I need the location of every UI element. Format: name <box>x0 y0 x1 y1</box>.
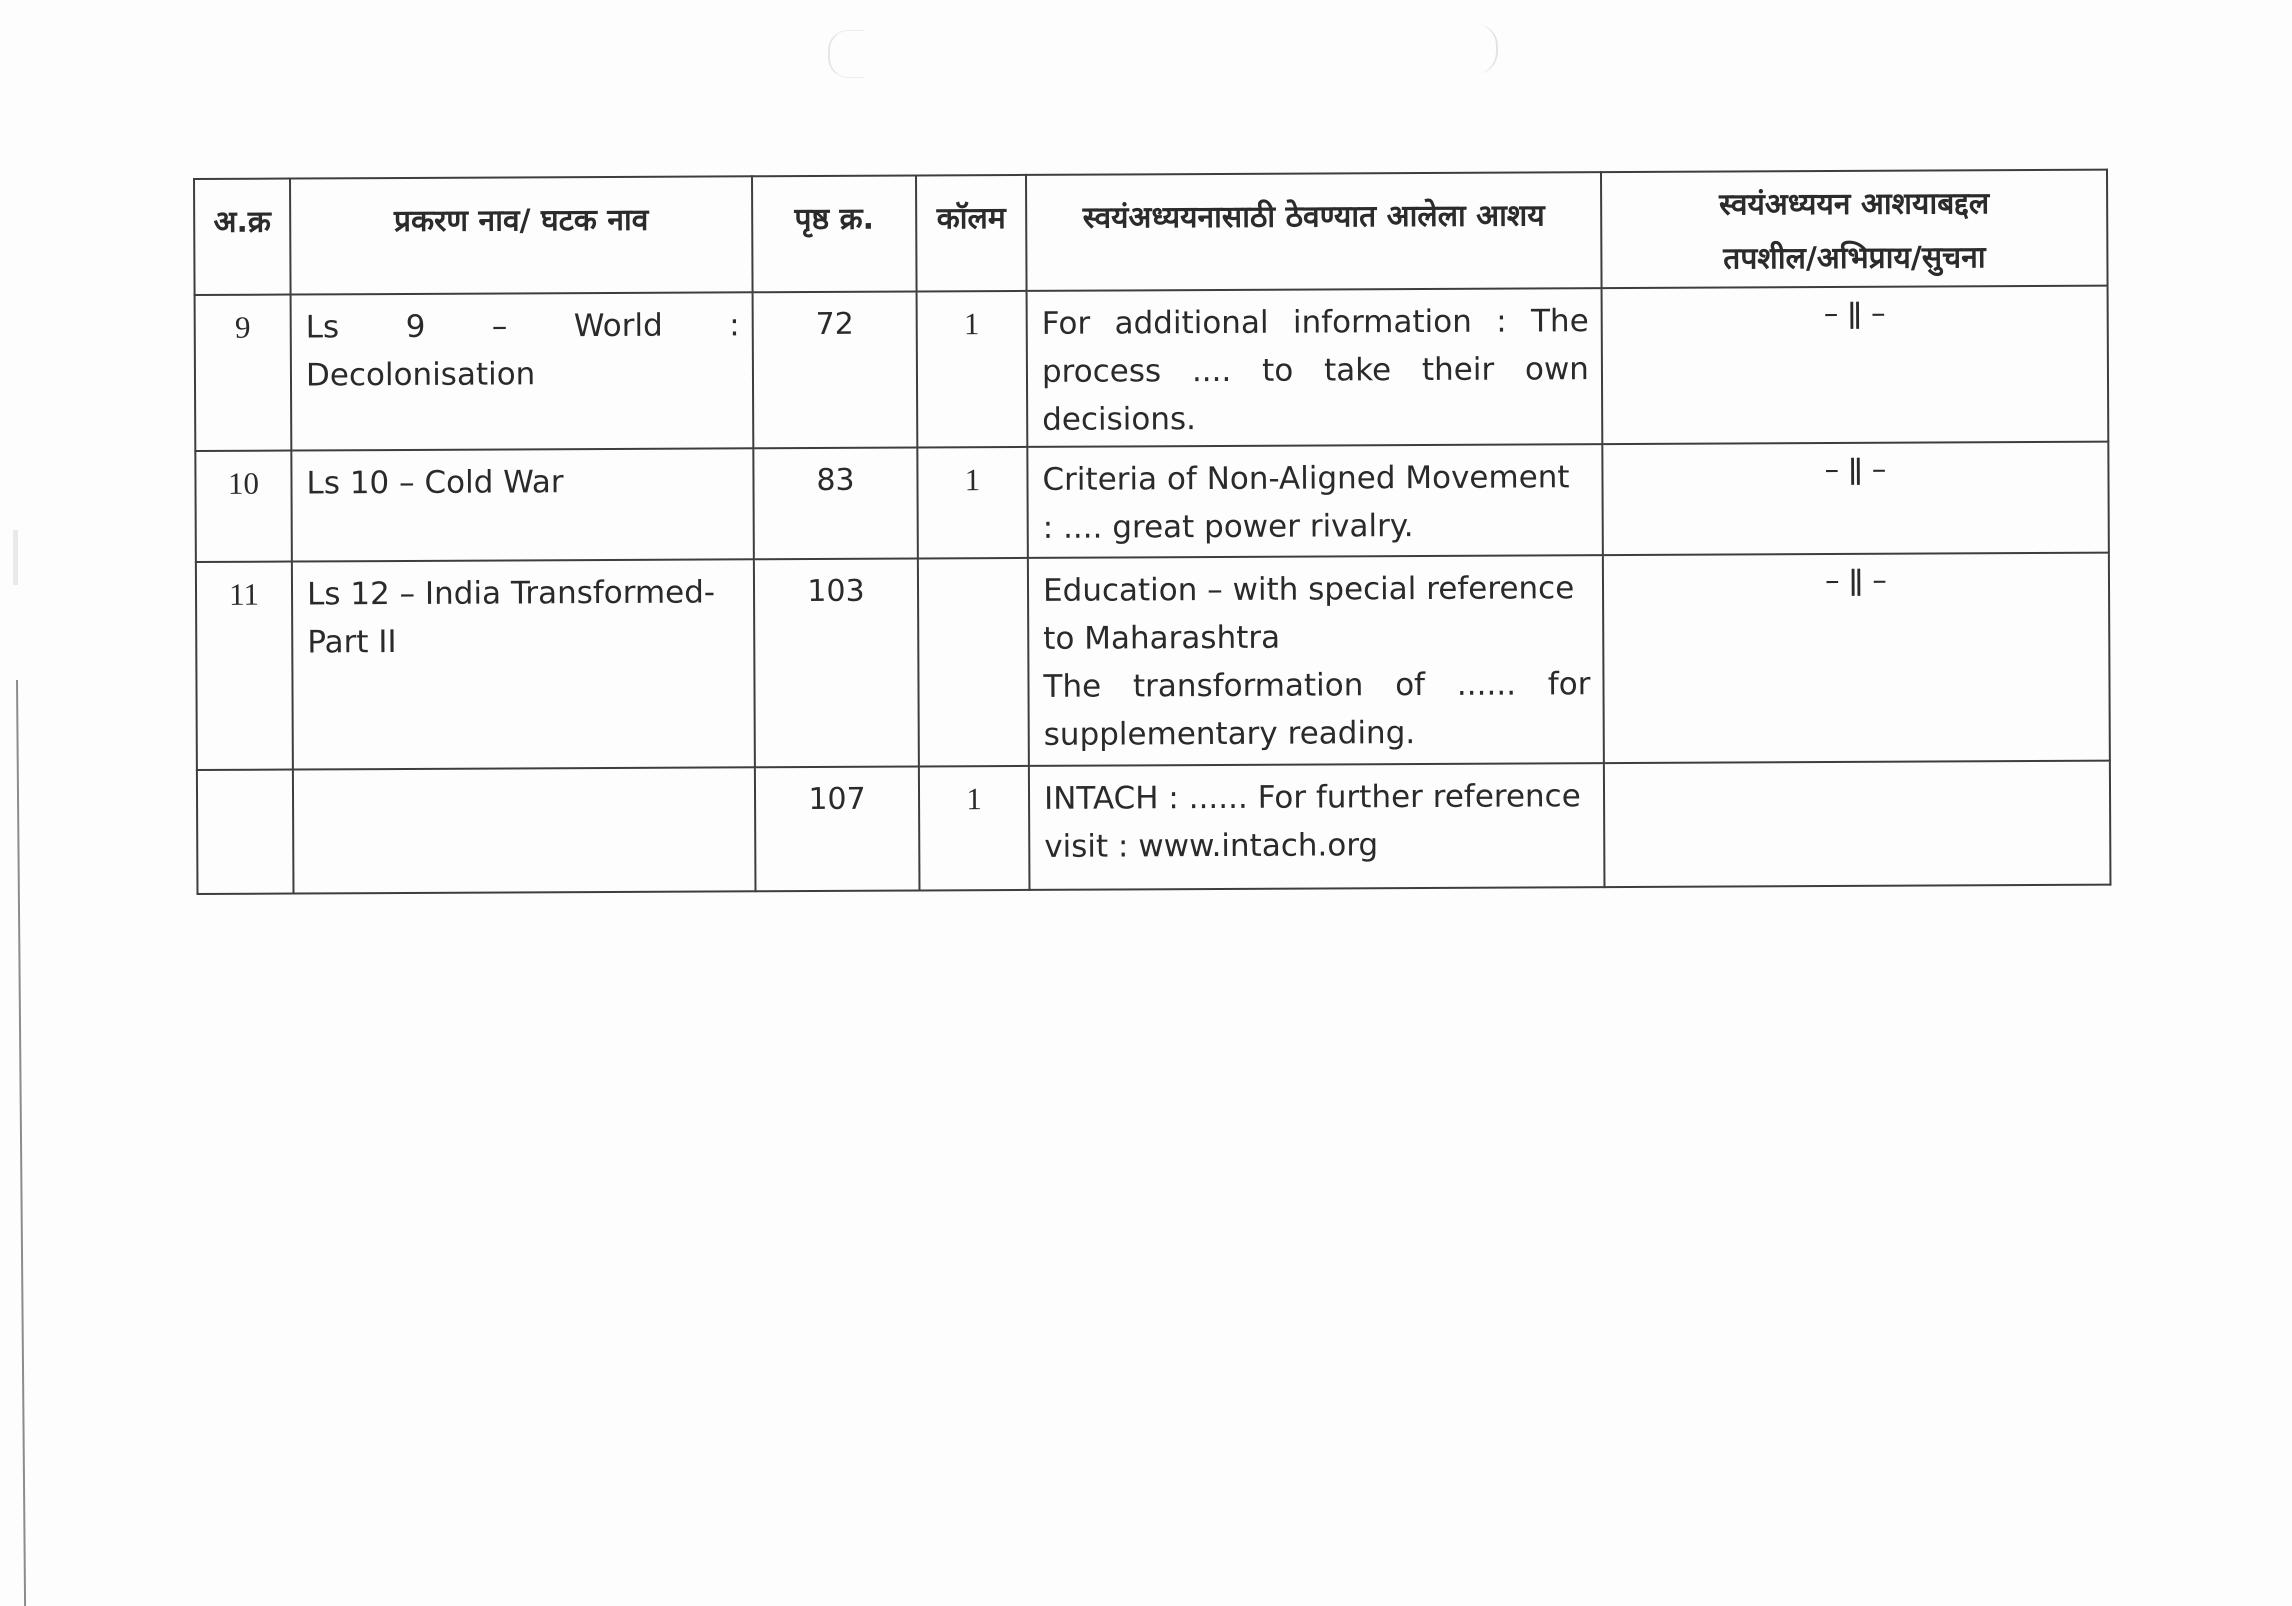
word: – <box>492 302 508 350</box>
word: additional <box>1114 299 1268 348</box>
word: For <box>1042 300 1091 348</box>
cell-chapter-name: Ls 12 – India Transformed- Part II <box>292 559 755 769</box>
header-column: कॉलम <box>916 175 1027 292</box>
cell-column: 1 <box>919 766 1030 891</box>
cell-self-study-content: Education – with special reference to Ma… <box>1028 555 1604 766</box>
scan-artifact <box>13 530 18 585</box>
content-line: to Maharashtra <box>1043 612 1590 663</box>
table-row: 10 Ls 10 – Cold War 83 1 Criteria of Non… <box>195 442 2109 562</box>
cell-page-no: 83 <box>753 447 918 559</box>
cell-page-no: 72 <box>753 291 918 448</box>
word: of <box>1395 661 1425 709</box>
word: The <box>1043 663 1101 711</box>
word: : <box>1496 298 1507 346</box>
table-header-row: अ.क्र प्रकरण नाव/ घटक नाव पृष्ठ क्र. कॉल… <box>194 170 2108 295</box>
header-chapter-name: प्रकरण नाव/ घटक नाव <box>290 176 753 294</box>
cell-page-no: 103 <box>754 558 919 767</box>
content-line: INTACH : ...... For further reference <box>1044 772 1591 823</box>
word: for <box>1548 660 1591 708</box>
cell-column <box>918 558 1029 767</box>
self-study-content-table: अ.क्र प्रकरण नाव/ घटक नाव पृष्ठ क्र. कॉल… <box>193 169 2111 895</box>
cell-remark <box>1604 761 2111 887</box>
table-row: 11 Ls 12 – India Transformed- Part II 10… <box>196 553 2110 770</box>
chapter-line: Ls 12 – India Transformed- <box>307 568 741 618</box>
content-line: Criteria of Non-Aligned Movement <box>1042 453 1589 504</box>
content-line: process .... to take their own <box>1042 345 1589 396</box>
content-line: supplementary reading. <box>1044 708 1591 759</box>
word: Ls <box>306 303 340 351</box>
cell-remark: – ǁ – <box>1602 286 2109 444</box>
cell-chapter-name: Ls 9 – World : Decolonisation <box>291 292 754 450</box>
content-line: Education – with special reference <box>1043 564 1590 615</box>
word: process <box>1042 347 1161 396</box>
header-self-study-content: स्वयंअध्ययनासाठी ठेवण्यात आलेला आशय <box>1026 172 1602 291</box>
cell-self-study-content: Criteria of Non-Aligned Movement : .... … <box>1027 444 1603 558</box>
word: The <box>1531 297 1589 345</box>
word: their <box>1422 346 1494 394</box>
header-page-no: पृष्ठ क्र. <box>752 175 917 292</box>
scan-punch-hole-mark-right <box>1468 24 1498 74</box>
cell-chapter-name: Ls 10 – Cold War <box>291 448 754 561</box>
cell-serial <box>197 770 294 894</box>
cell-self-study-content: For additional information : The process… <box>1027 288 1603 447</box>
content-line: For additional information : The <box>1042 297 1589 348</box>
content-line: decisions. <box>1042 393 1589 444</box>
word: 9 <box>406 303 426 351</box>
content-line: visit : www.intach.org <box>1044 820 1591 871</box>
word: own <box>1525 345 1589 393</box>
word: take <box>1324 346 1391 394</box>
chapter-line: Part II <box>307 616 741 666</box>
word: : <box>729 301 740 349</box>
cell-serial: 9 <box>195 295 292 451</box>
header-remarks-line1: स्वयंअध्ययन आशयाबद्दल <box>1602 177 2106 233</box>
word: transformation <box>1133 661 1364 710</box>
cell-serial: 10 <box>195 451 292 562</box>
word: World <box>574 302 663 350</box>
cell-serial: 11 <box>196 562 293 770</box>
cell-self-study-content: INTACH : ...... For further reference vi… <box>1029 763 1605 890</box>
scan-punch-hole-mark-left <box>828 30 864 78</box>
header-serial: अ.क्र <box>194 179 291 295</box>
cell-chapter-name <box>293 767 756 893</box>
word: .... <box>1192 347 1232 395</box>
word: information <box>1293 298 1472 347</box>
table-row: 9 Ls 9 – World : Decolonisation 72 1 For… <box>195 286 2109 451</box>
cell-page-no: 107 <box>755 766 920 891</box>
cell-column: 1 <box>917 291 1028 448</box>
content-line: : .... great power rivalry. <box>1043 501 1590 552</box>
cell-column: 1 <box>917 447 1028 559</box>
header-remarks: स्वयंअध्ययन आशयाबद्दल तपशील/अभिप्राय/सुच… <box>1601 170 2108 288</box>
table-row: 107 1 INTACH : ...... For further refere… <box>197 761 2111 894</box>
scan-page-edge-line <box>16 680 26 1606</box>
chapter-line: Ls 10 – Cold War <box>306 457 740 507</box>
header-remarks-line2: तपशील/अभिप्राय/सुचना <box>1602 231 2106 287</box>
content-line: The transformation of ...... for <box>1043 660 1590 711</box>
word: ...... <box>1457 661 1516 709</box>
cell-remark: – ǁ – <box>1602 442 2109 555</box>
cell-remark: – ǁ – <box>1603 553 2110 763</box>
chapter-line: Ls 9 – World : <box>306 301 740 351</box>
word: to <box>1262 347 1293 395</box>
chapter-line: Decolonisation <box>306 349 740 399</box>
